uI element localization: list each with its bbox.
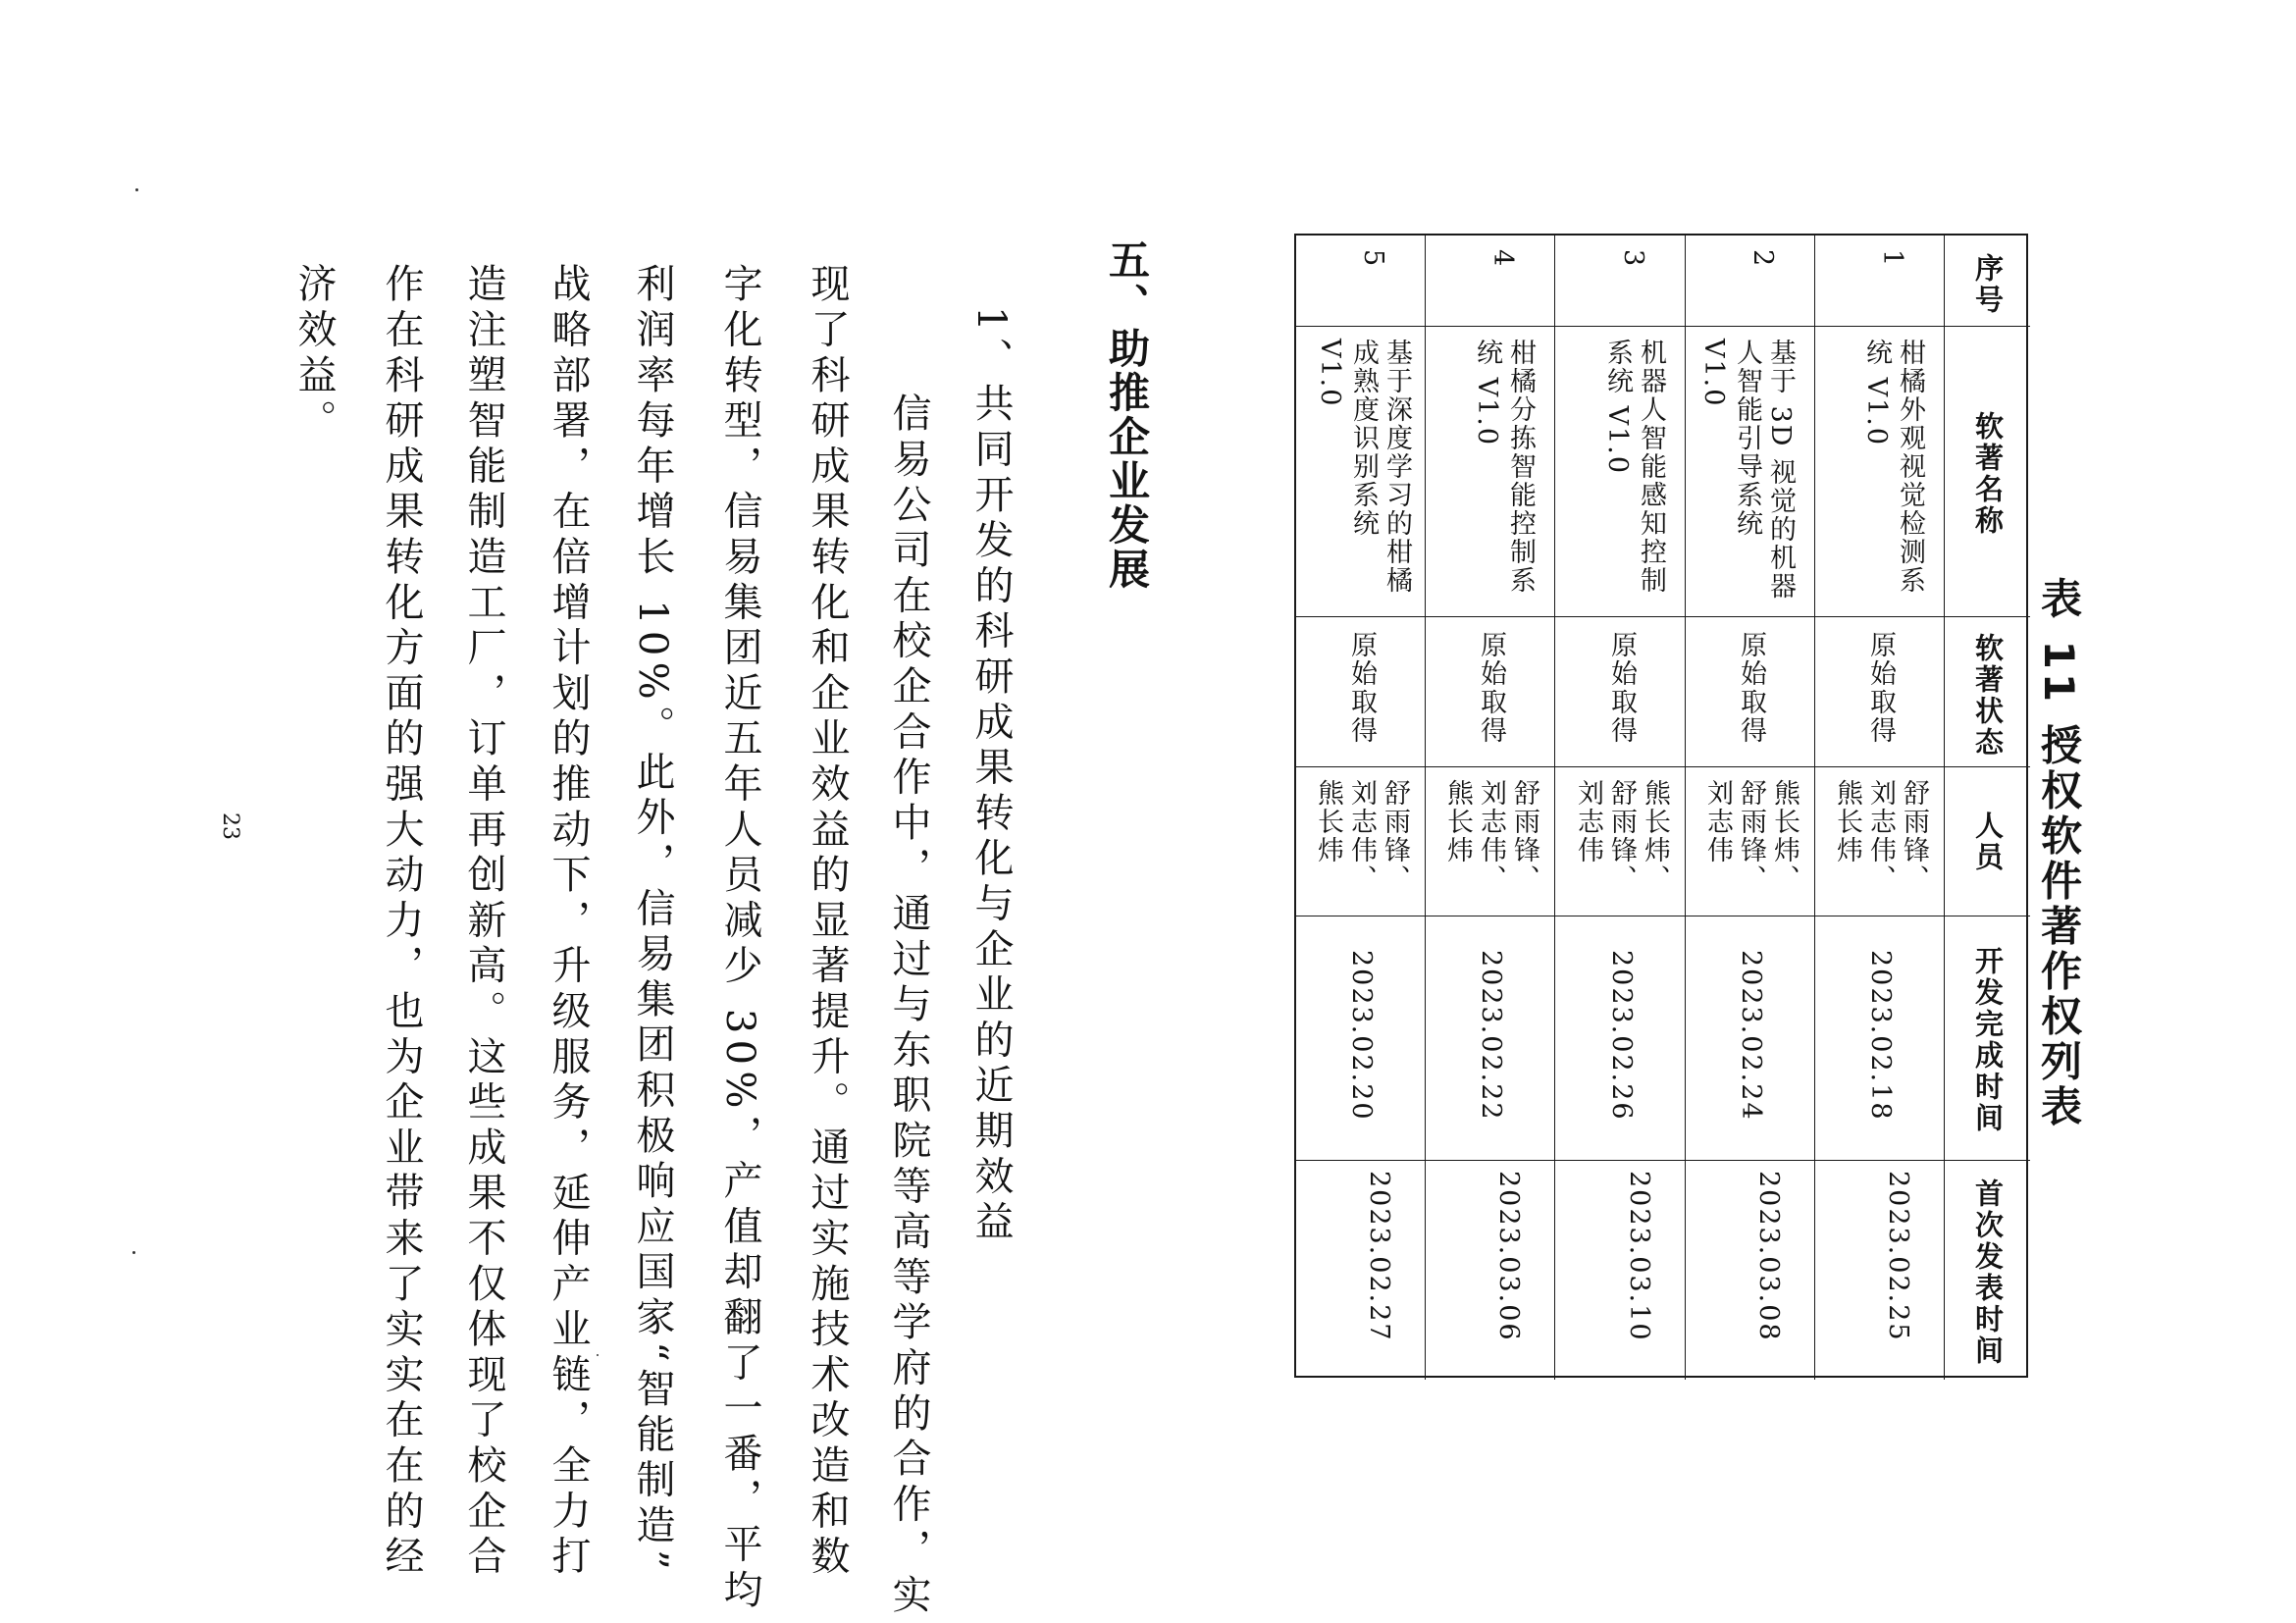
header-cell-status: 软著状态 — [1945, 617, 2030, 767]
table-row-3-no: 3 — [1555, 236, 1686, 327]
table-row-4-dev-done: 2023.02.22 — [1426, 916, 1555, 1161]
header-cell-name: 软著名称 — [1945, 327, 2030, 617]
table-row-2-people: 熊长炜、舒雨锋、刘志伟 — [1686, 767, 1815, 916]
table-row-5-dev-done: 2023.02.20 — [1296, 916, 1426, 1161]
paragraph-line-2: 现了科研成果转化和企业效益的显著提升。通过实施技术改造和数 — [805, 263, 850, 1581]
scan-speck — [135, 188, 138, 191]
table-row-3-dev-done: 2023.02.26 — [1555, 916, 1686, 1161]
table-row-5-people: 舒雨锋、刘志伟、熊长炜 — [1296, 767, 1426, 916]
table-row-4-people: 舒雨锋、刘志伟、熊长炜 — [1426, 767, 1555, 916]
section-heading: 五、助推企业发展 — [1103, 238, 1150, 592]
table-row-4-no: 4 — [1426, 236, 1555, 327]
table-row-3-first-pub: 2023.03.10 — [1555, 1161, 1686, 1380]
table-row-5-name: 基于深度学习的柑橘成熟度识别系统 V1.0 — [1296, 327, 1426, 617]
paragraph-line-5: 战略部署，在倍增计划的推动下，升级服务，延伸产业链，全力打 — [546, 263, 591, 1581]
scan-speck — [132, 1251, 135, 1254]
table-row-4-name: 柑橘分拣智能控制系统 V1.0 — [1426, 327, 1555, 617]
header-cell-no: 序号 — [1945, 236, 2030, 327]
table-row-1-name: 柑橘外观视觉检测系统 V1.0 — [1815, 327, 1945, 617]
table-row-5-status: 原始取得 — [1296, 617, 1426, 767]
paragraph-line-6: 造注塑智能制造工厂，订单再创新高。这些成果不仅体现了校企合 — [461, 263, 506, 1581]
table-row-3-name: 机器人智能感知控制系统 V1.0 — [1555, 327, 1686, 617]
table-row-2-name: 基于 3D 视觉的机器人智能引导系统 V1.0 — [1686, 327, 1815, 617]
scan-speck — [597, 1354, 599, 1356]
software-copyright-table: 序号 软著名称 软著状态 人员 开发完成时间 首次发表时间 1 柑橘外观视觉检测… — [1294, 234, 2028, 1378]
paragraph-line-7: 作在科研成果转化方面的强大动力，也为企业带来了实实在在的经 — [379, 263, 424, 1581]
table-row-5-no: 5 — [1296, 236, 1426, 327]
table-title: 表 11 授权软件著作权列表 — [2035, 577, 2082, 1130]
table-row-2-status: 原始取得 — [1686, 617, 1815, 767]
header-cell-people: 人员 — [1945, 767, 2030, 916]
table-row-4-status: 原始取得 — [1426, 617, 1555, 767]
table-row-1-people: 舒雨锋、刘志伟、熊长炜 — [1815, 767, 1945, 916]
table-row-2-dev-done: 2023.02.24 — [1686, 916, 1815, 1161]
table-row-2-no: 2 — [1686, 236, 1815, 327]
table-row-1-status: 原始取得 — [1815, 617, 1945, 767]
table-row-5-first-pub: 2023.02.27 — [1296, 1161, 1426, 1380]
table-row-3-status: 原始取得 — [1555, 617, 1686, 767]
table-row-3-people: 熊长炜、舒雨锋、刘志伟 — [1555, 767, 1686, 916]
paragraph-line-1: 信易公司在校企合作中，通过与东职院等高等学府的合作，实 — [886, 393, 931, 1619]
subheading: 1、共同开发的科研成果转化与企业的近期效益 — [968, 306, 1014, 1246]
table-row-1-no: 1 — [1815, 236, 1945, 327]
page-number: 23 — [218, 812, 241, 840]
paragraph-line-8: 济效益。 — [291, 263, 337, 445]
table-row-1-dev-done: 2023.02.18 — [1815, 916, 1945, 1161]
table-row-1-first-pub: 2023.02.25 — [1815, 1161, 1945, 1380]
table-row-2-first-pub: 2023.03.08 — [1686, 1161, 1815, 1380]
header-cell-dev-done: 开发完成时间 — [1945, 916, 2030, 1161]
paragraph-line-3: 字化转型，信易集团近五年人员减少 30%，产值却翻了一番，平均 — [717, 263, 762, 1614]
table-row-4-first-pub: 2023.03.06 — [1426, 1161, 1555, 1380]
header-cell-first-pub: 首次发表时间 — [1945, 1161, 2030, 1380]
paragraph-line-4: 利润率每年增长 10%。此外，信易集团积极响应国家“智能制造” — [630, 263, 675, 1576]
